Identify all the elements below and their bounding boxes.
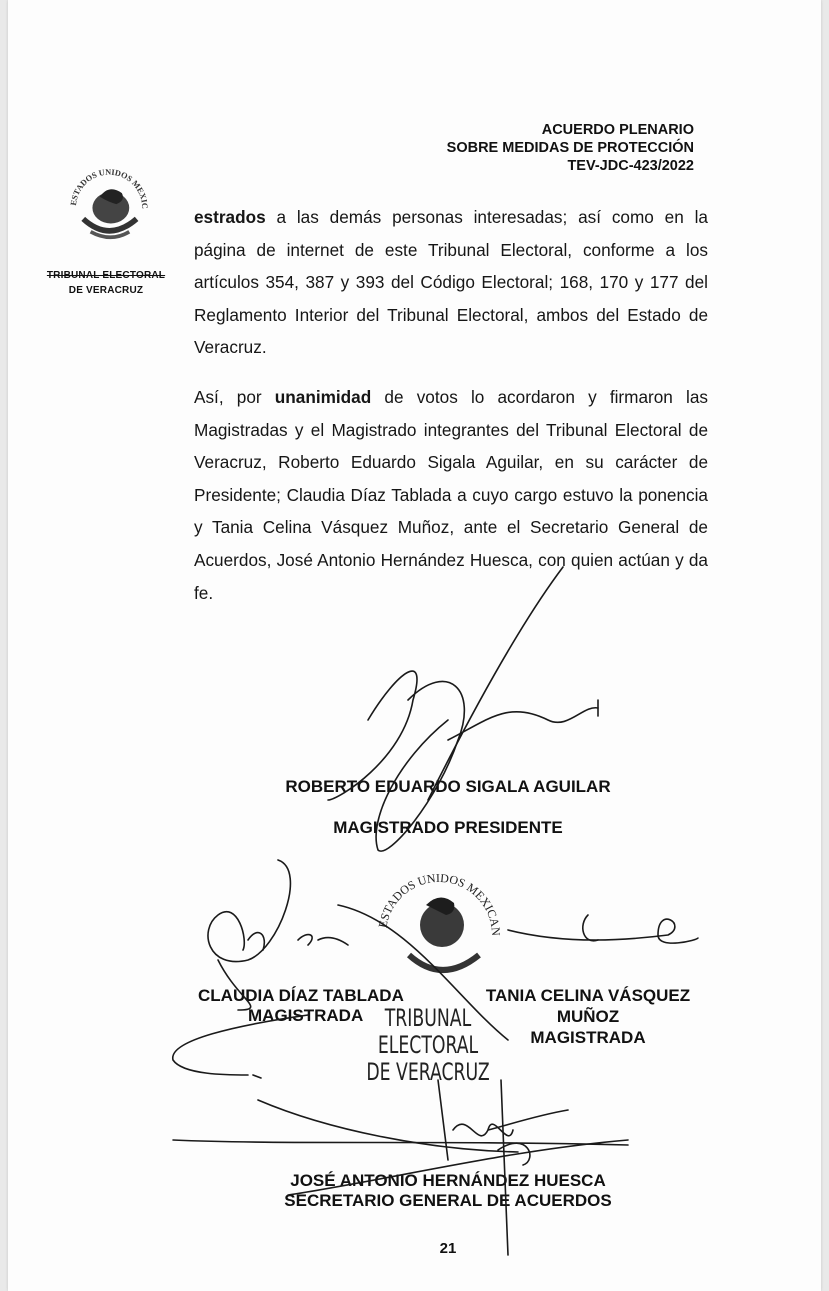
- document-page: ACUERDO PLENARIO SOBRE MEDIDAS DE PROTEC…: [8, 0, 821, 1291]
- national-seal-icon: ESTADOS UNIDOS MEXICANOS: [63, 160, 155, 252]
- president-name: ROBERTO EDUARDO SIGALA AGUILAR: [188, 776, 708, 797]
- secretary-name: JOSÉ ANTONIO HERNÁNDEZ HUESCA: [188, 1170, 708, 1191]
- paragraph-notification: estrados a las demás personas interesada…: [194, 201, 708, 364]
- tribunal-stamp-seal-icon: ESTADOS UNIDOS MEXICANOS: [364, 855, 514, 995]
- paragraph-resolution: Así, por unanimidad de votos lo acordaro…: [194, 381, 708, 609]
- header-subtitle: SOBRE MEDIDAS DE PROTECCIÓN: [447, 139, 694, 157]
- tribunal-stamp-text: TRIBUNAL ELECTORAL DE VERACRUZ: [356, 1005, 500, 1086]
- president-role: MAGISTRADO PRESIDENTE: [188, 817, 708, 838]
- tania-name-line1: TANIA CELINA VÁSQUEZ: [468, 985, 708, 1006]
- tania-name-line2: MUÑOZ: [468, 1006, 708, 1027]
- header-title: ACUERDO PLENARIO: [447, 121, 694, 139]
- secretary-role: SECRETARIO GENERAL DE ACUERDOS: [188, 1190, 708, 1211]
- tania-role: MAGISTRADA: [468, 1027, 708, 1048]
- case-number: TEV-JDC-423/2022: [447, 157, 694, 175]
- document-header: ACUERDO PLENARIO SOBRE MEDIDAS DE PROTEC…: [447, 121, 694, 175]
- page-number: 21: [188, 1240, 708, 1257]
- claudia-name: CLAUDIA DÍAZ TABLADA: [178, 985, 468, 1006]
- tania-signature-block: TANIA CELINA VÁSQUEZ MUÑOZ MAGISTRADA: [468, 985, 708, 1048]
- tribunal-label: TRIBUNAL ELECTORAL DE VERACRUZ: [36, 268, 176, 298]
